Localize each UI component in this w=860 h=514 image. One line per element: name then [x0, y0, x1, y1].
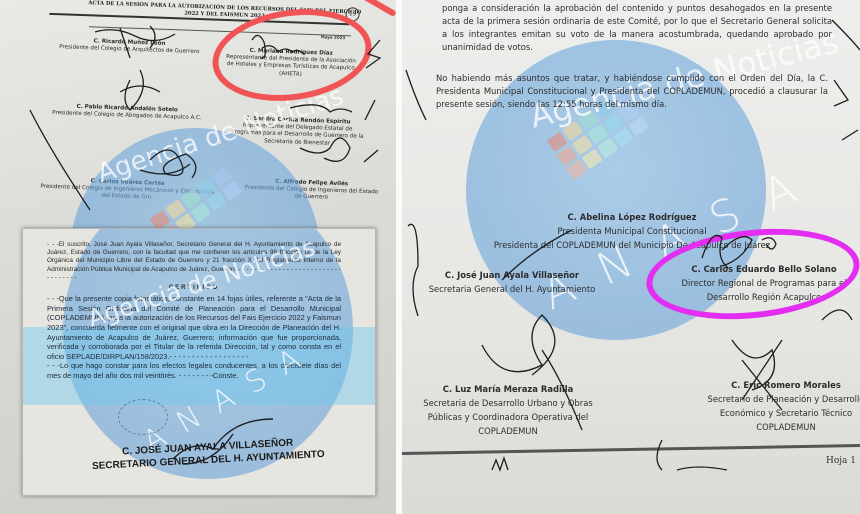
closing-paragraph: No habiendo más asuntos que tratar, y ha…	[436, 72, 828, 111]
signatory-block: C. Pablo Ricardo Andalón Sotelo Presiden…	[52, 103, 202, 123]
official-seal-icon	[118, 399, 168, 435]
left-document-photo: 19 ACTA DE LA SESIÓN PARA LA AUTORIZACIÓ…	[0, 0, 396, 514]
page-label: Hoja 1	[826, 456, 856, 466]
approval-paragraph: ponga a consideración la aprobación del …	[442, 2, 832, 54]
signatory-block: C. Ricardo Muñoz León Presidente del Col…	[54, 37, 204, 57]
signatory-block: C. Eric Romero Morales Secretario de Pla…	[686, 378, 860, 434]
certification-card: - - -El suscrito, José Juan Ayala Villas…	[22, 228, 376, 496]
signatory-block: C. José Juan Ayala Villaseñor Secretaria…	[412, 268, 612, 296]
page-bottom-rule	[402, 444, 860, 455]
signatory-block: C. Luz María Meraza Radilla Secretaria d…	[408, 382, 608, 438]
right-document-photo: Agencia de Noticias ANASA ponga a consid…	[402, 0, 860, 514]
